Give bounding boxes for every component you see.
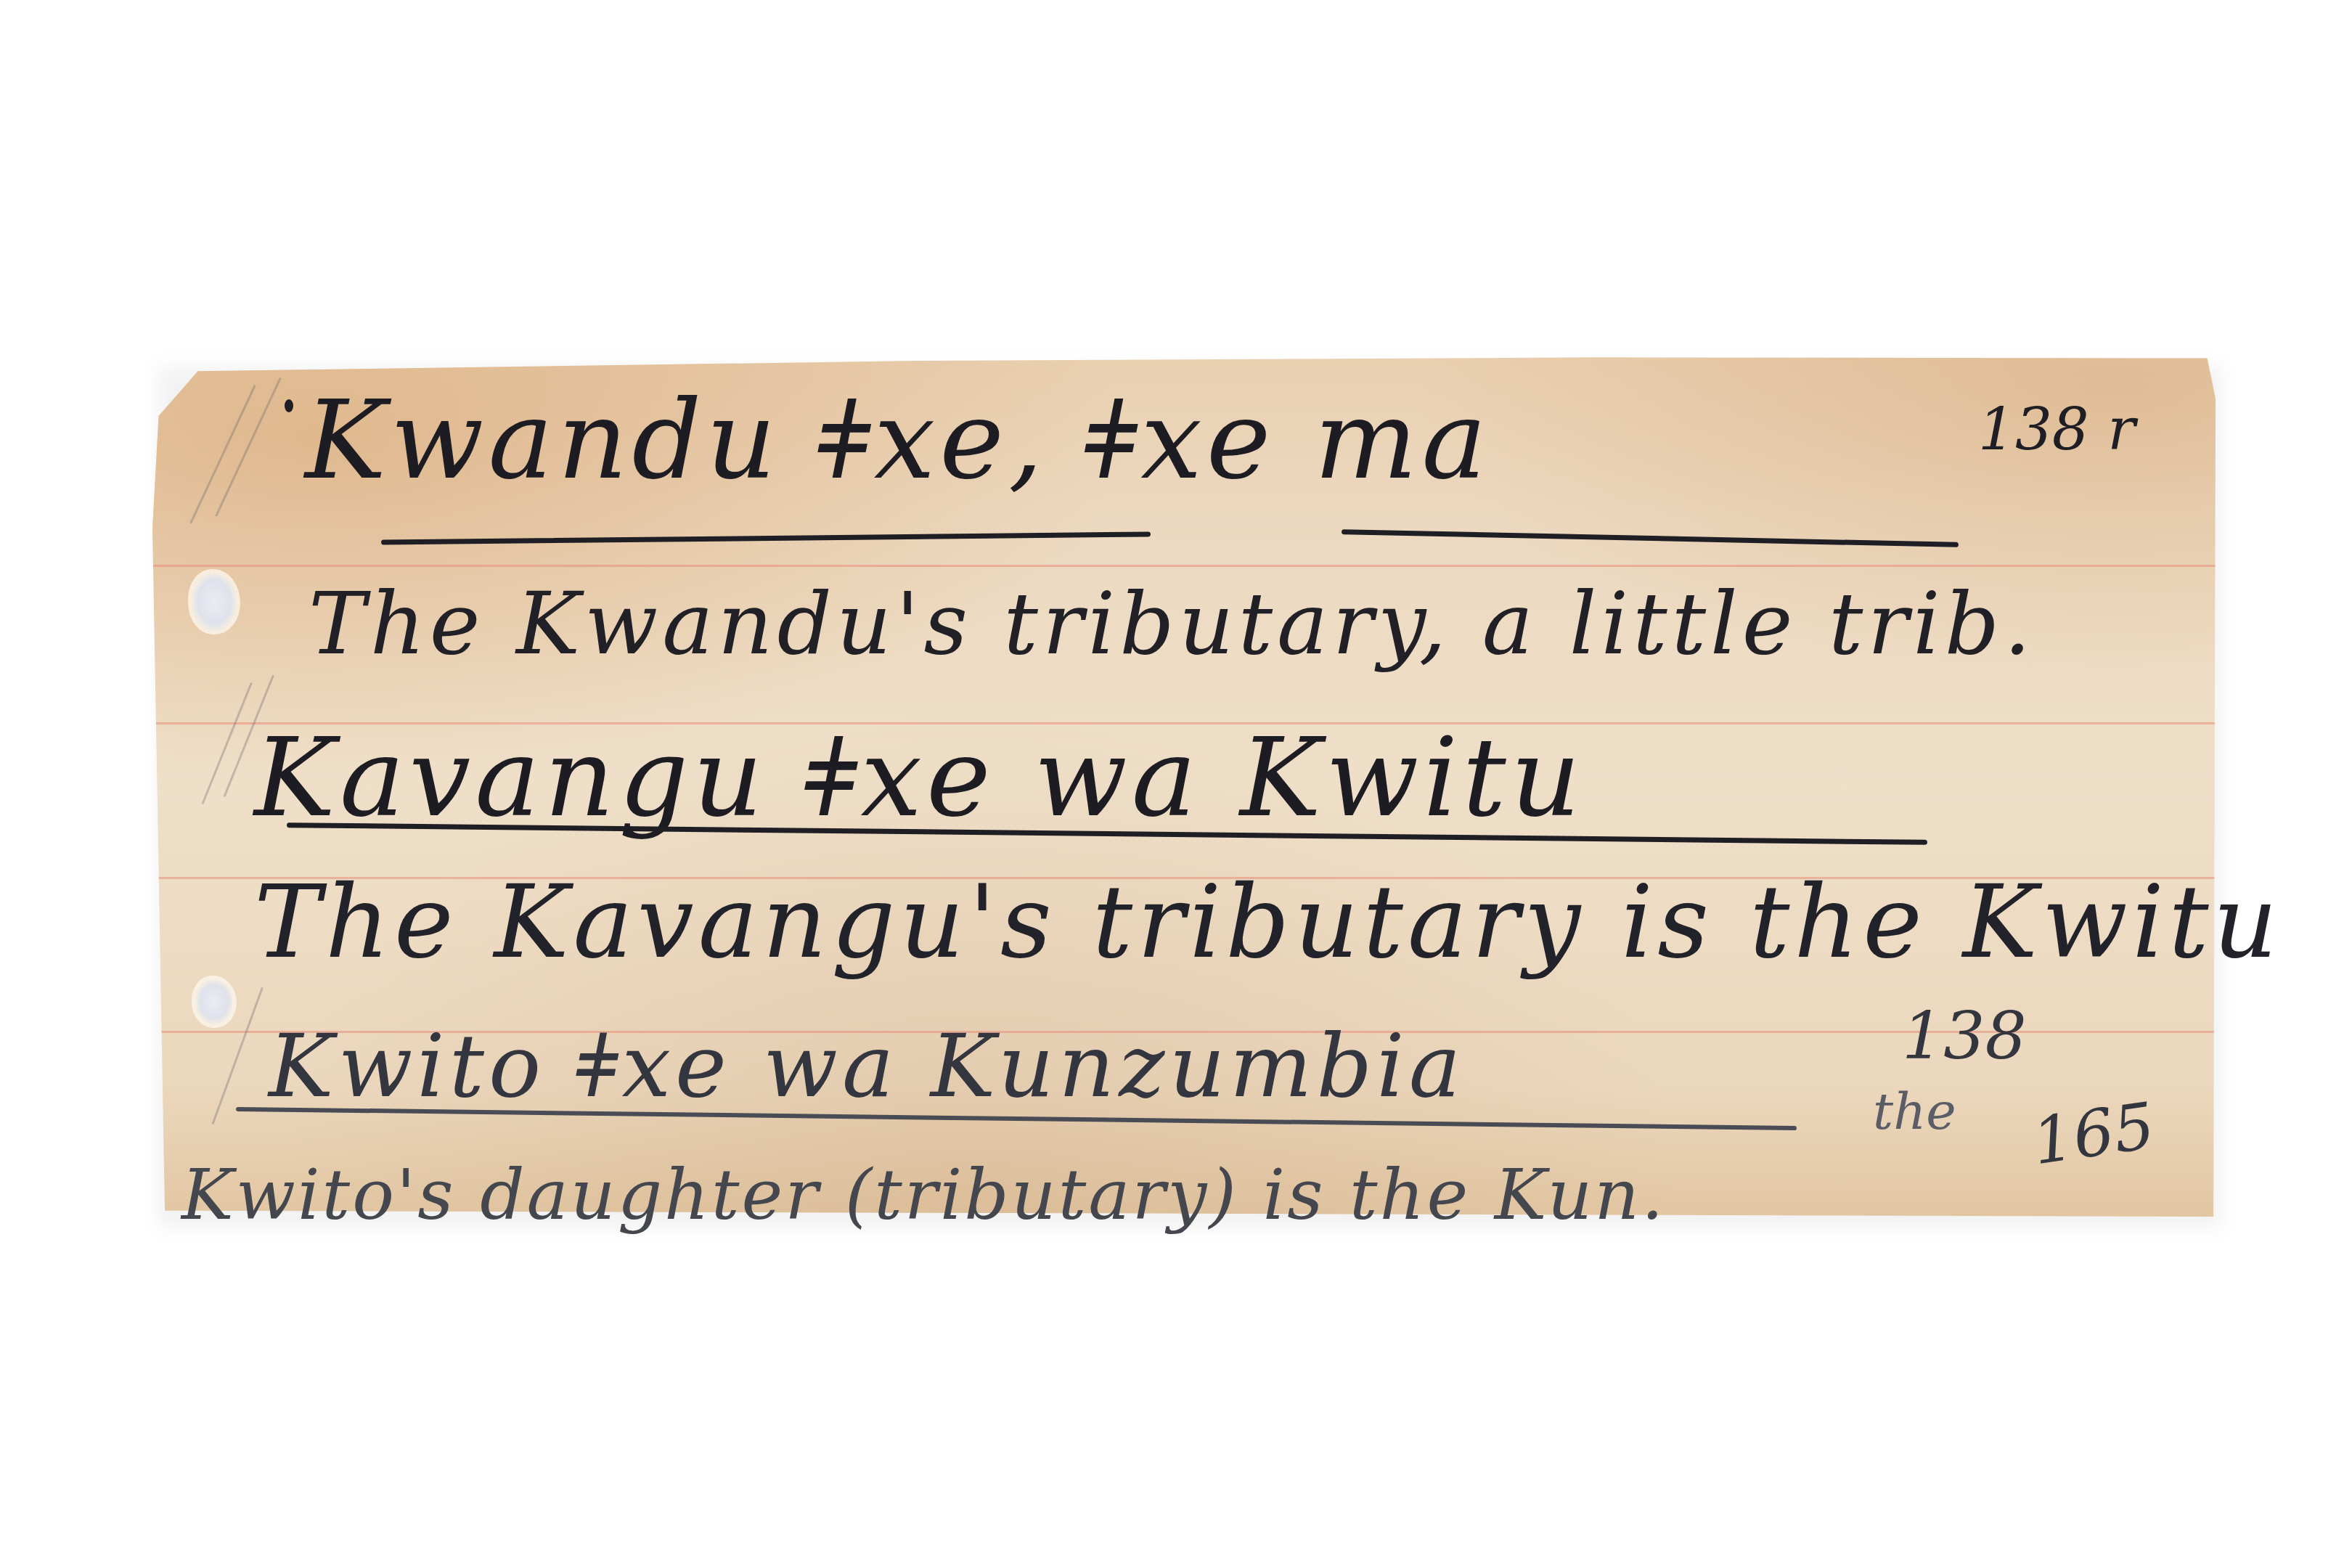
inserted-word: the xyxy=(1873,1082,1956,1141)
punch-hole xyxy=(196,980,232,1024)
ruled-line xyxy=(152,565,2216,567)
entry-heading-2: Kavangu ǂxe wa Kwitu xyxy=(254,715,1585,841)
punch-hole xyxy=(192,573,236,630)
entry-heading-3: Kwito ǂxe wa Kunzumbia xyxy=(269,1016,1465,1117)
entry-heading-1: Kwandu ǂxe, ǂxe ma xyxy=(305,377,1491,504)
ink-dot xyxy=(285,399,293,412)
entry-translation-1: The Kwandu's tributary, a little trib. xyxy=(309,573,2035,674)
page-reference: 138 xyxy=(1902,998,2027,1074)
entry-translation-3: Kwito's daughter (tributary) is the Kun. xyxy=(181,1154,1666,1236)
page-reference: 138 r xyxy=(1978,396,2135,463)
entry-translation-2: The Kavangu's tributary is the Kwitu xyxy=(254,864,2282,981)
